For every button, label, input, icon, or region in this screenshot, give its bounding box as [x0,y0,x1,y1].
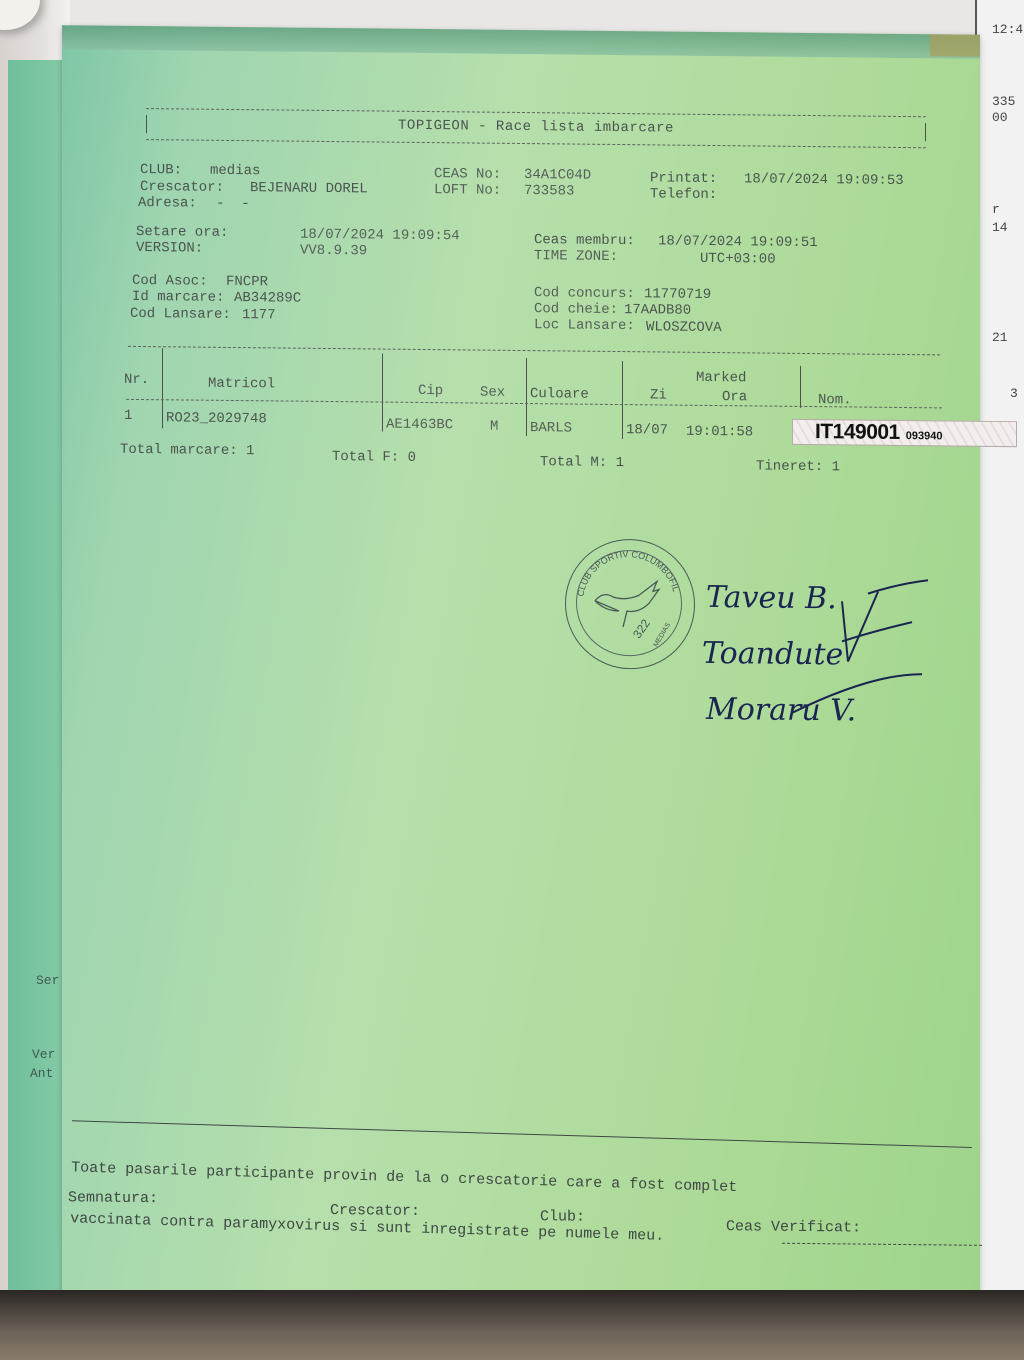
time-zone-value: UTC+03:00 [700,251,776,268]
id-marcare-value: AB34289C [234,290,301,307]
cell-cip: AE1463BC [386,417,453,434]
col-divider [800,366,801,408]
cod-cheie-label: Cod cheie: [534,301,618,318]
cod-cheie-value: 17AADB80 [624,302,691,319]
col-divider [382,354,383,432]
ring-tag-id: IT149001 [815,420,900,445]
right-fragment: r [992,202,1000,217]
setare-ora-value: 18/07/2024 19:09:54 [300,227,460,245]
adresa-value: - - [216,196,250,212]
cod-asoc-value: FNCPR [226,274,268,290]
signatures-area: Taveu B. Toandute Moraru V. [692,552,992,755]
svg-text:322: 322 [630,616,653,641]
time-zone-label: TIME ZONE: [534,248,618,265]
cod-lansare-value: 1177 [242,307,276,323]
printat-label: Printat: [650,170,717,187]
crescator-label: Crescator: [140,179,224,196]
cod-concurs-value: 11770719 [644,286,711,303]
right-fragment: 00 [992,110,1008,125]
col-header-nr: Nr. [124,372,149,388]
underlying-green-sheet [8,60,68,1300]
under-fragment: Ser [36,973,59,988]
col-divider [162,348,163,428]
club-signature-label: Club: [540,1208,585,1225]
id-marcare-label: Id marcare: [132,289,224,306]
col-header-sex: Sex [480,385,505,401]
right-fragment: 21 [992,330,1008,345]
cod-asoc-label: Cod Asoc: [132,273,208,290]
ring-tag-sticker: IT149001 093940 [792,419,1017,447]
declaration-line-1: Toate pasarile participante provin de la… [71,1159,737,1196]
ceas-verificat-label: Ceas Verificat: [726,1218,861,1236]
col-header-culoare: Culoare [530,386,589,403]
col-header-matricol: Matricol [208,376,275,393]
ceas-membru-value: 18/07/2024 19:09:51 [658,233,818,251]
loc-lansare-label: Loc Lansare: [534,317,635,334]
right-fragment: 14 [992,220,1008,235]
cod-lansare-label: Cod Lansare: [130,306,231,323]
semnatura-label: Semnatura: [68,1189,158,1207]
total-marcare: Total marcare: 1 [120,442,254,459]
right-fragment: 3 [1010,386,1018,401]
total-m: Total M: 1 [540,454,624,471]
background-table-edge [0,1290,1024,1360]
printat-value: 18/07/2024 19:09:53 [744,171,904,189]
under-fragment: Ant [30,1066,53,1081]
version-value: VV8.9.39 [300,243,367,260]
crescator-value: BEJENARU DOREL [250,180,368,197]
table-top-border [128,346,940,356]
col-divider [526,358,527,436]
ceas-verificat-rule [782,1243,982,1246]
loft-no-value: 733583 [524,183,574,200]
ceas-no-value: 34A1C04D [524,167,591,184]
document-title: TOPIGEON - Race lista imbarcare [146,115,926,139]
pigeon-icon: CLUB SPORTIV COLUMBOFIL 322 MEDIAS [565,538,693,667]
cod-concurs-label: Cod concurs: [534,285,635,302]
under-fragment: Ver [32,1047,55,1062]
adresa-label: Adresa: [138,195,197,212]
cell-ora: 19:01:58 [686,424,753,441]
cell-matricol: RO23_2029748 [166,410,267,427]
club-value: medias [210,163,260,180]
cell-nr: 1 [124,408,132,424]
crescator-signature-label: Crescator: [330,1202,420,1220]
title-box: TOPIGEON - Race lista imbarcare [146,108,926,148]
ceas-no-label: CEAS No: [434,166,501,183]
ring-tag-serial: 093940 [906,424,943,442]
ceas-membru-label: Ceas membru: [534,232,635,249]
version-label: VERSION: [136,240,203,257]
boarding-list-sheet: TOPIGEON - Race lista imbarcare CLUB: me… [62,25,980,1325]
col-header-marked: Marked [696,370,746,387]
cell-culoare: BARLS [530,420,572,436]
tineret-total: Tineret: 1 [756,458,840,475]
col-header-ora: Ora [722,389,747,405]
signature-strokes-icon [692,552,992,755]
loc-lansare-value: WLOSZCOVA [646,319,722,336]
right-fragment: 12:4 [992,22,1023,37]
setare-ora-label: Setare ora: [136,224,228,241]
svg-text:MEDIAS: MEDIAS [653,621,673,648]
total-f: Total F: 0 [332,449,416,466]
loft-no-label: LOFT No: [434,182,501,199]
col-header-zi: Zi [650,387,667,403]
col-divider [622,361,623,439]
club-stamp: CLUB SPORTIV COLUMBOFIL 322 MEDIAS [565,538,695,669]
telefon-label: Telefon: [650,186,717,203]
col-header-cip: Cip [418,383,443,399]
club-label: CLUB: [140,162,182,178]
cell-zi: 18/07 [626,422,668,438]
cell-sex: M [490,419,498,435]
document-body: TOPIGEON - Race lista imbarcare CLUB: me… [62,25,980,1325]
right-fragment: 335 [992,94,1015,109]
svg-text:CLUB SPORTIV COLUMBOFIL: CLUB SPORTIV COLUMBOFIL [575,548,681,598]
